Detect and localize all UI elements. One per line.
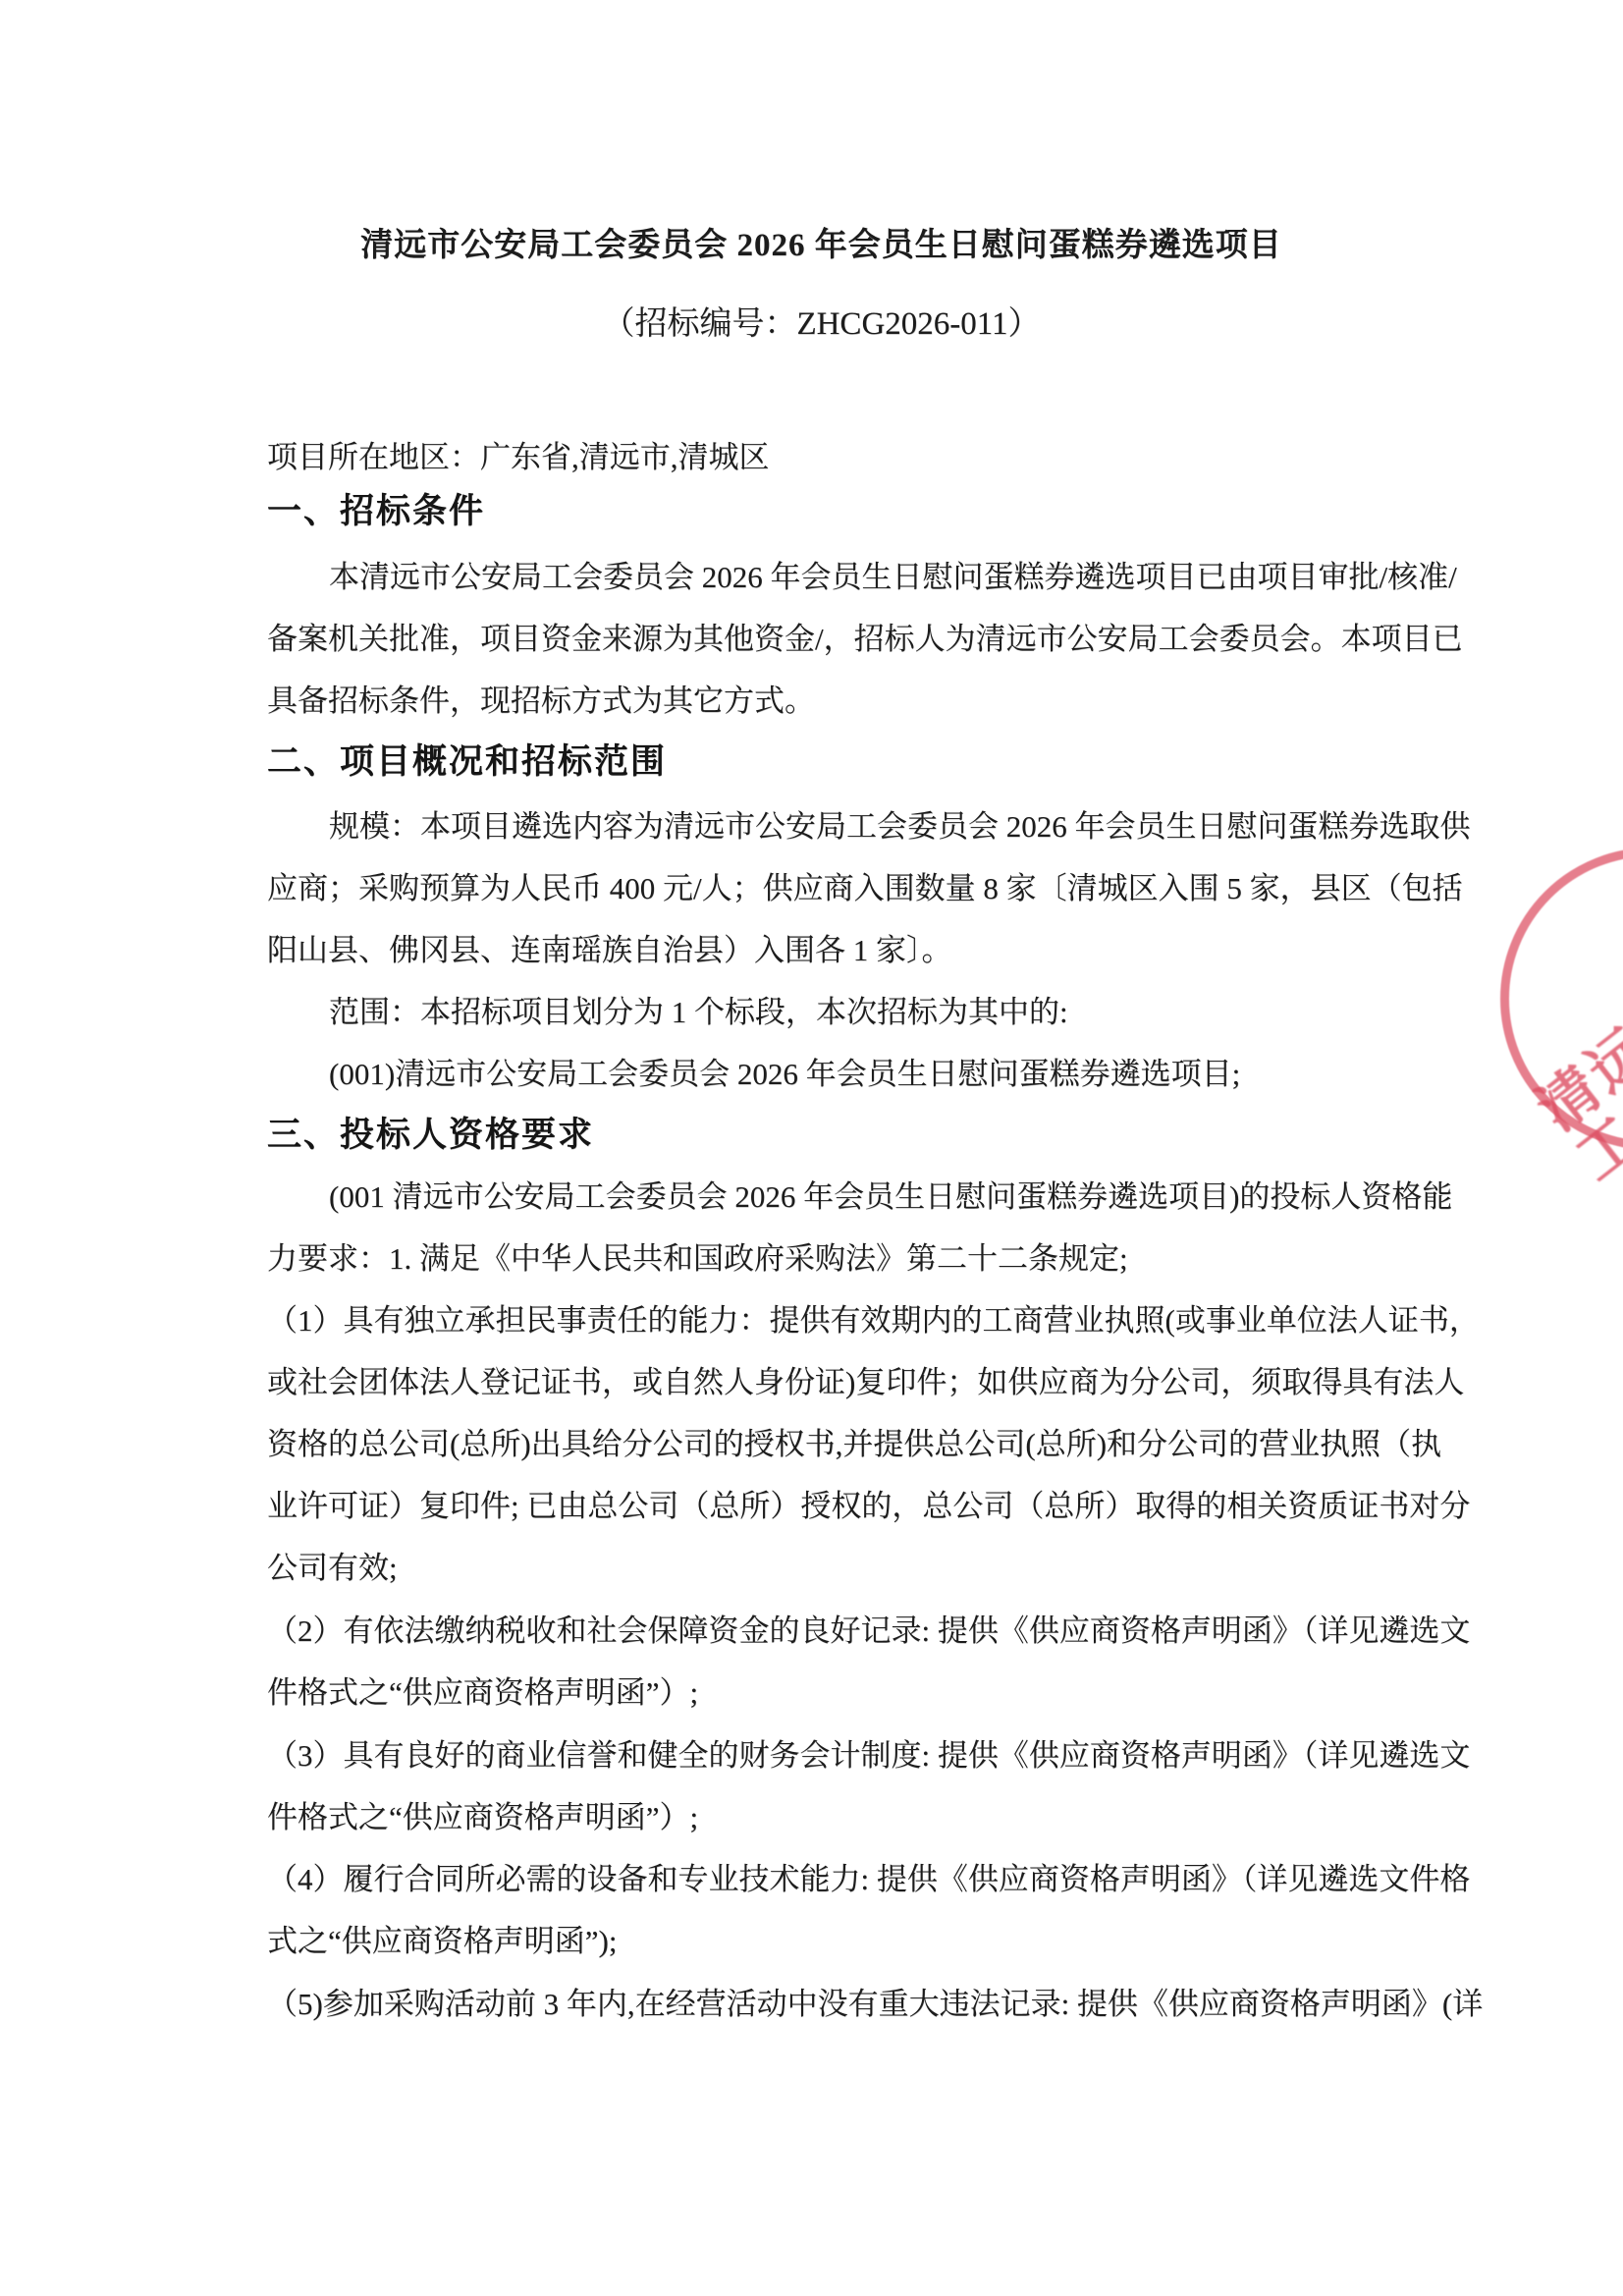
qualification-item-1: （1）具有独立承担民事责任的能力：提供有效期内的工商营业执照(或事业单位法人证书… — [267, 1289, 1457, 1599]
project-scale-paragraph: 规模：本项目遴选内容为清远市公安局工会委员会 2026 年会员生日慰问蛋糕券选取… — [267, 795, 1457, 981]
qualification-item-3: （3）具有良好的商业信誉和健全的财务会计制度: 提供《供应商资格声明函》（详见遴… — [267, 1724, 1457, 1848]
qualification-intro-paragraph: (001 清远市公安局工会委员会 2026 年会员生日慰问蛋糕券遴选项目)的投标… — [267, 1166, 1457, 1289]
text-line: （5)参加采购活动前 3 年内,在经营活动中没有重大违法记录: 提供《供应商资格… — [267, 1973, 1457, 2035]
document-title: 清远市公安局工会委员会 2026 年会员生日慰问蛋糕券遴选项目 — [10, 215, 1623, 277]
section-3-heading: 三、投标人资格要求 — [267, 1104, 1457, 1166]
tender-number: （招标编号：ZHCG2026-011） — [10, 294, 1623, 355]
text-line: （2）有依法缴纳税收和社会保障资金的良好记录: 提供《供应商资格声明函》（详见遴… — [267, 1600, 1457, 1662]
text-line: 公司有效; — [267, 1537, 1457, 1599]
section-1-heading: 一、招标条件 — [267, 480, 1457, 542]
section-2-heading: 二、项目概况和招标范围 — [267, 731, 1457, 793]
scanned-tender-document-page: 清远市公安局工会委员会 2026 年会员生日慰问蛋糕券遴选项目 （招标编号：ZH… — [0, 0, 1623, 2296]
text-line: (001)清远市公安局工会委员会 2026 年会员生日慰问蛋糕券遴选项目; — [267, 1043, 1457, 1105]
text-line: 本清远市公安局工会委员会 2026 年会员生日慰问蛋糕券遴选项目已由项目审批/核… — [267, 546, 1457, 608]
text-line: 件格式之“供应商资格声明函”）; — [267, 1662, 1457, 1723]
text-line: 备案机关批准，项目资金来源为其他资金/，招标人为清远市公安局工会委员会。本项目已 — [267, 608, 1457, 670]
project-location: 项目所在地区：广东省,清远市,清城区 — [267, 426, 1457, 488]
text-line: (001 清远市公安局工会委员会 2026 年会员生日慰问蛋糕券遴选项目)的投标… — [267, 1166, 1457, 1228]
official-seal-stamp: 清远市公安局 工会委员会 — [1500, 847, 1623, 1150]
qualification-item-2: （2）有依法缴纳税收和社会保障资金的良好记录: 提供《供应商资格声明函》（详见遴… — [267, 1600, 1457, 1723]
text-line: 具备招标条件，现招标方式为其它方式。 — [267, 670, 1457, 732]
tender-scope-line: 范围：本招标项目划分为 1 个标段，本次招标为其中的: — [267, 981, 1457, 1043]
text-line: （1）具有独立承担民事责任的能力：提供有效期内的工商营业执照(或事业单位法人证书… — [267, 1289, 1457, 1351]
lot-001-line: (001)清远市公安局工会委员会 2026 年会员生日慰问蛋糕券遴选项目; — [267, 1043, 1457, 1105]
qualification-item-5: （5)参加采购活动前 3 年内,在经营活动中没有重大违法记录: 提供《供应商资格… — [267, 1973, 1457, 2035]
text-line: 应商；采购预算为人民币 400 元/人；供应商入围数量 8 家〔清城区入围 5 … — [267, 857, 1457, 919]
section-1-paragraph: 本清远市公安局工会委员会 2026 年会员生日慰问蛋糕券遴选项目已由项目审批/核… — [267, 546, 1457, 732]
text-line: 规模：本项目遴选内容为清远市公安局工会委员会 2026 年会员生日慰问蛋糕券选取… — [267, 795, 1457, 857]
text-line: 或社会团体法人登记证书，或自然人身份证)复印件；如供应商为分公司，须取得具有法人 — [267, 1351, 1457, 1413]
text-line: 力要求：1. 满足《中华人民共和国政府采购法》第二十二条规定; — [267, 1228, 1457, 1289]
qualification-item-4: （4）履行合同所必需的设备和专业技术能力: 提供《供应商资格声明函》（详见遴选文… — [267, 1848, 1457, 1972]
text-line: 件格式之“供应商资格声明函”）; — [267, 1786, 1457, 1848]
text-line: （4）履行合同所必需的设备和专业技术能力: 提供《供应商资格声明函》（详见遴选文… — [267, 1848, 1457, 1910]
text-line: 范围：本招标项目划分为 1 个标段，本次招标为其中的: — [267, 981, 1457, 1043]
text-line: （3）具有良好的商业信誉和健全的财务会计制度: 提供《供应商资格声明函》（详见遴… — [267, 1724, 1457, 1786]
text-line: 阳山县、佛冈县、连南瑶族自治县）入围各 1 家〕。 — [267, 919, 1457, 981]
text-line: 式之“供应商资格声明函”); — [267, 1910, 1457, 1972]
text-line: 业许可证）复印件; 已由总公司（总所）授权的，总公司（总所）取得的相关资质证书对… — [267, 1475, 1457, 1537]
text-line: 资格的总公司(总所)出具给分公司的授权书,并提供总公司(总所)和分公司的营业执照… — [267, 1413, 1457, 1475]
